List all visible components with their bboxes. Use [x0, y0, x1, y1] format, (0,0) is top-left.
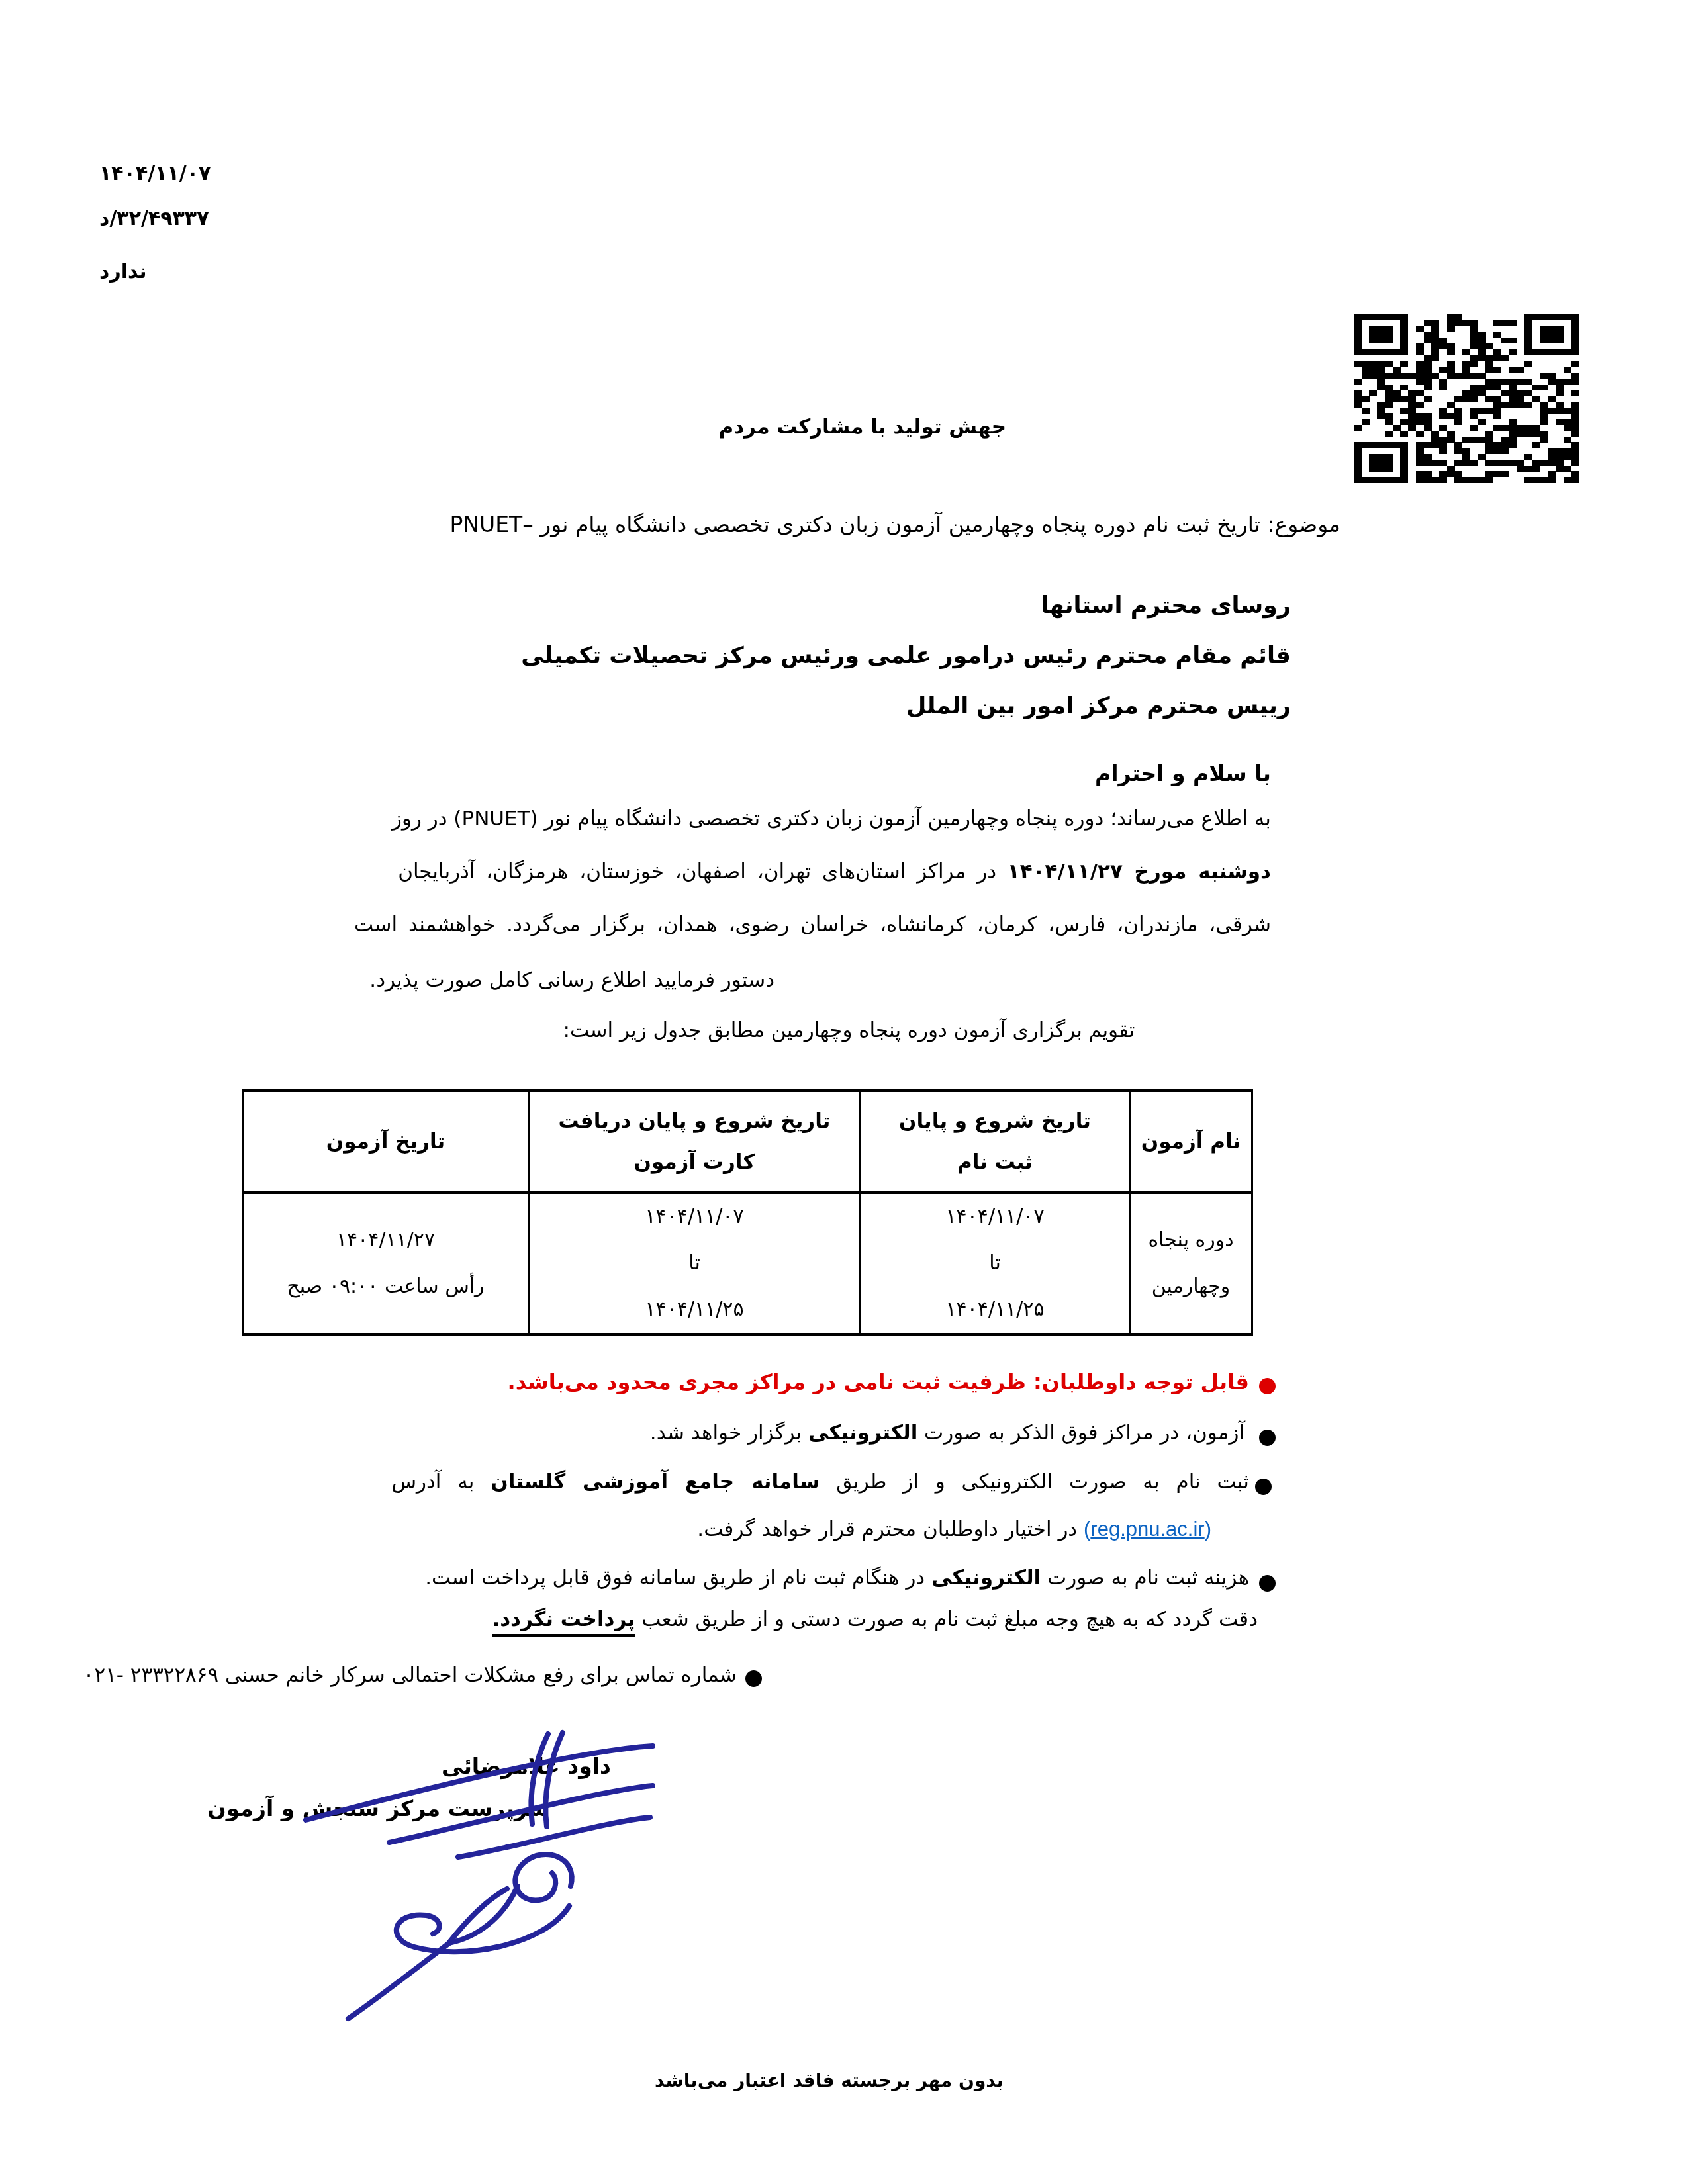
- cell-exam-name: دوره پنجاه وچهارمین: [1130, 1193, 1252, 1335]
- salutation: با سلام و احترام: [1095, 760, 1271, 787]
- table-row: دوره پنجاه وچهارمین ۱۴۰۴/۱۱/۰۷ تا ۱۴۰۴/۱…: [243, 1193, 1252, 1335]
- bullet-icon: [1255, 1479, 1272, 1495]
- recipient-line-1: روسای محترم استانها: [1041, 592, 1291, 621]
- bullet-icon: [1259, 1378, 1276, 1394]
- no-manual-payment-emphasis: پرداخت نگردد.: [492, 1608, 635, 1637]
- body-line-2-rest: در مراکز استان‌های تهران، اصفهان، خوزستا…: [398, 860, 1008, 884]
- bullet-icon: [745, 1670, 762, 1687]
- bullet-icon: [1259, 1430, 1276, 1446]
- exam-day-bold: دوشنبه مورخ ۱۴۰۴/۱۱/۲۷: [1008, 860, 1271, 884]
- note-payment-line-1: هزینه ثبت نام به صورت الکترونیکی در هنگا…: [425, 1565, 1249, 1591]
- exam-schedule-table: نام آزمون تاریخ شروع و پایان ثبت نام تار…: [242, 1089, 1253, 1336]
- footer-validity-note: بدون مهر برجسته فاقد اعتبار می‌باشد: [583, 2069, 1076, 2092]
- note-payment-line-2: دقت گردد که به هیچ وجه مبلغ ثبت نام به ص…: [492, 1607, 1258, 1633]
- header-registration: تاریخ شروع و پایان ثبت نام: [861, 1091, 1130, 1193]
- cell-exam-date: ۱۴۰۴/۱۱/۲۷ رأس ساعت ۰۹:۰۰ صبح: [243, 1193, 529, 1335]
- body-line-4: دستور فرمایید اطلاع رسانی کامل صورت پذیر…: [377, 968, 774, 993]
- registration-link[interactable]: reg.pnu.ac.ir: [1090, 1518, 1204, 1541]
- table-header-row: نام آزمون تاریخ شروع و پایان ثبت نام تار…: [243, 1091, 1252, 1193]
- note-registration-line-1: ثبت نام به صورت الکترونیکی و از طریق سام…: [391, 1469, 1249, 1495]
- note-attention: قابل توجه داوطلبان: ظرفیت ثبت نامی در مر…: [508, 1369, 1249, 1395]
- qr-code: [1354, 314, 1579, 483]
- cell-card-dates: ۱۴۰۴/۱۱/۰۷ تا ۱۴۰۴/۱۱/۲۵: [529, 1193, 861, 1335]
- header-exam-date: تاریخ آزمون: [243, 1091, 529, 1193]
- registration-url: (reg.pnu.ac.ir): [1084, 1518, 1211, 1541]
- note-registration-line-2: (reg.pnu.ac.ir) در اختیار داوطلبان محترم…: [697, 1517, 1211, 1543]
- body-line-3: شرقی، مازندران، فارس، کرمان، کرمانشاه، خ…: [354, 912, 1271, 938]
- subject-line: موضوع: تاریخ ثبت نام دوره پنجاه وچهارمین…: [450, 511, 1340, 538]
- body-line-1: به اطلاع می‌رساند؛ دوره پنجاه وچهارمین آ…: [392, 806, 1271, 832]
- cell-registration-dates: ۱۴۰۴/۱۱/۰۷ تا ۱۴۰۴/۱۱/۲۵: [861, 1193, 1130, 1335]
- handwritten-signature: [285, 1719, 669, 2030]
- note-contact: شماره تماس برای رفع مشکلات احتمالی سرکار…: [83, 1662, 737, 1688]
- letter-date: ۱۴۰۴/۱۱/۰۷: [99, 161, 228, 187]
- header-exam-name: نام آزمون: [1130, 1091, 1252, 1193]
- body-line-5: تقویم برگزاری آزمون دوره پنجاه وچهارمین …: [539, 1018, 1158, 1044]
- letter-attachment: ندارد: [99, 259, 228, 285]
- recipient-line-2: قائم مقام محترم رئیس درامور علمی ورئیس م…: [521, 642, 1291, 671]
- recipient-line-3: رییس محترم مرکز امور بین الملل: [906, 692, 1291, 721]
- year-slogan: جهش تولید با مشارکت مردم: [751, 414, 1006, 440]
- header-exam-card: تاریخ شروع و پایان دریافت کارت آزمون: [529, 1091, 861, 1193]
- body-line-2: دوشنبه مورخ ۱۴۰۴/۱۱/۲۷ در مراکز استان‌ها…: [398, 859, 1271, 885]
- letter-number: ۳۲/۴۹۳۳۷/د: [99, 206, 228, 232]
- note-electronic-exam: آزمون، در مراکز فوق الذکر به صورت الکترو…: [650, 1420, 1244, 1446]
- bullet-icon: [1259, 1575, 1276, 1592]
- letter-page: ۱۴۰۴/۱۱/۰۷ ۳۲/۴۹۳۳۷/د ندارد جهش تولید با…: [0, 0, 1688, 2184]
